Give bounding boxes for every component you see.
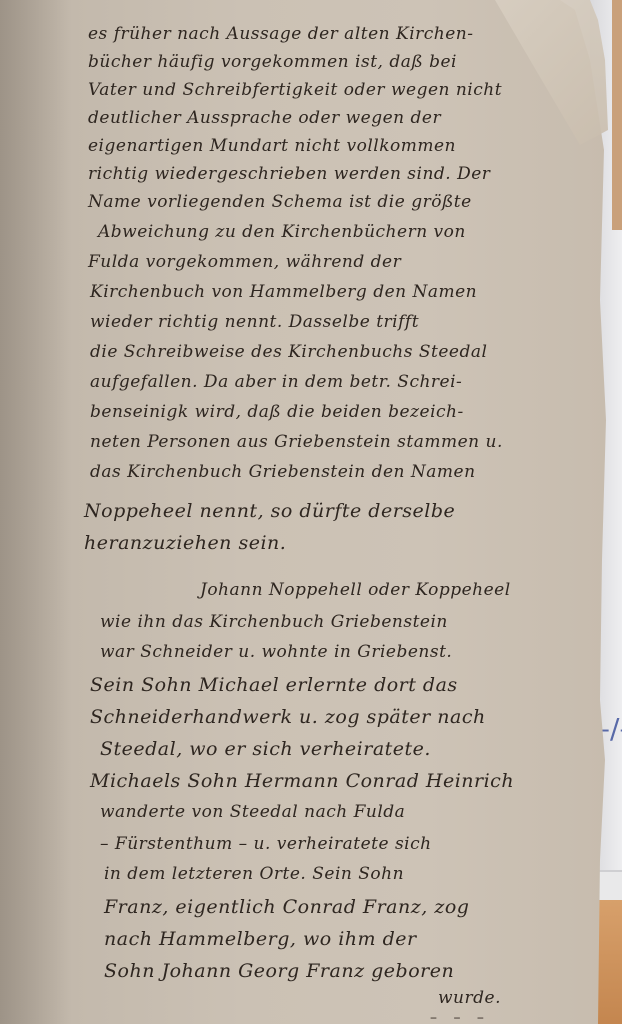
text-line: bücher häufig vorgekommen ist, daß bei bbox=[88, 52, 457, 72]
text-line: Johann Noppehell oder Koppeheel bbox=[200, 580, 511, 600]
text-line: Vater und Schreibfertigkeit oder wegen n… bbox=[88, 80, 502, 100]
wood-edge bbox=[612, 0, 622, 230]
text-line: Steedal, wo er sich verheiratete. bbox=[100, 738, 431, 760]
text-line: heranzuziehen sein. bbox=[84, 532, 286, 554]
text-line: wurde. bbox=[438, 988, 501, 1008]
text-line: die Schreibweise des Kirchenbuchs Steeda… bbox=[90, 342, 487, 362]
text-line: Sein Sohn Michael erlernte dort das bbox=[90, 674, 458, 696]
text-line: aufgefallen. Da aber in dem betr. Schrei… bbox=[90, 372, 462, 392]
text-line: war Schneider u. wohnte in Griebenst. bbox=[100, 642, 452, 662]
text-line: eigenartigen Mundart nicht vollkommen bbox=[88, 136, 456, 156]
text-line: Sohn Johann Georg Franz geboren bbox=[104, 960, 454, 982]
end-dashes: – – – bbox=[430, 1010, 490, 1024]
text-line: Abweichung zu den Kirchenbüchern von bbox=[98, 222, 466, 242]
text-line: es früher nach Aussage der alten Kirchen… bbox=[88, 24, 474, 44]
text-line: Franz, eigentlich Conrad Franz, zog bbox=[104, 896, 469, 918]
text-line: richtig wiedergeschrieben werden sind. D… bbox=[88, 164, 490, 184]
text-line: wieder richtig nennt. Dasselbe trifft bbox=[90, 312, 419, 332]
text-line: Fulda vorgekommen, während der bbox=[88, 252, 401, 272]
text-line: – Fürstenthum – u. verheiratete sich bbox=[100, 834, 432, 854]
text-line: wanderte von Steedal nach Fulda bbox=[100, 802, 405, 822]
text-line: in dem letzteren Orte. Sein Sohn bbox=[104, 864, 404, 884]
text-line: neten Personen aus Griebenstein stammen … bbox=[90, 432, 503, 452]
text-line: das Kirchenbuch Griebenstein den Namen bbox=[90, 462, 476, 482]
text-line: Kirchenbuch von Hammelberg den Namen bbox=[90, 282, 477, 302]
text-line: Noppeheel nennt, so dürfte derselbe bbox=[84, 500, 455, 522]
text-line: nach Hammelberg, wo ihm der bbox=[104, 928, 417, 950]
text-line: Schneiderhandwerk u. zog später nach bbox=[90, 706, 486, 728]
text-line: wie ihn das Kirchenbuch Griebenstein bbox=[100, 612, 448, 632]
text-line: benseinigk wird, daß die beiden bezeich- bbox=[90, 402, 464, 422]
handwritten-text: es früher nach Aussage der alten Kirchen… bbox=[0, 0, 608, 1024]
text-line: Name vorliegenden Schema ist die größte bbox=[88, 192, 472, 212]
text-line: deutlicher Aussprache oder wegen der bbox=[88, 108, 441, 128]
text-line: Michaels Sohn Hermann Conrad Heinrich bbox=[90, 770, 514, 792]
